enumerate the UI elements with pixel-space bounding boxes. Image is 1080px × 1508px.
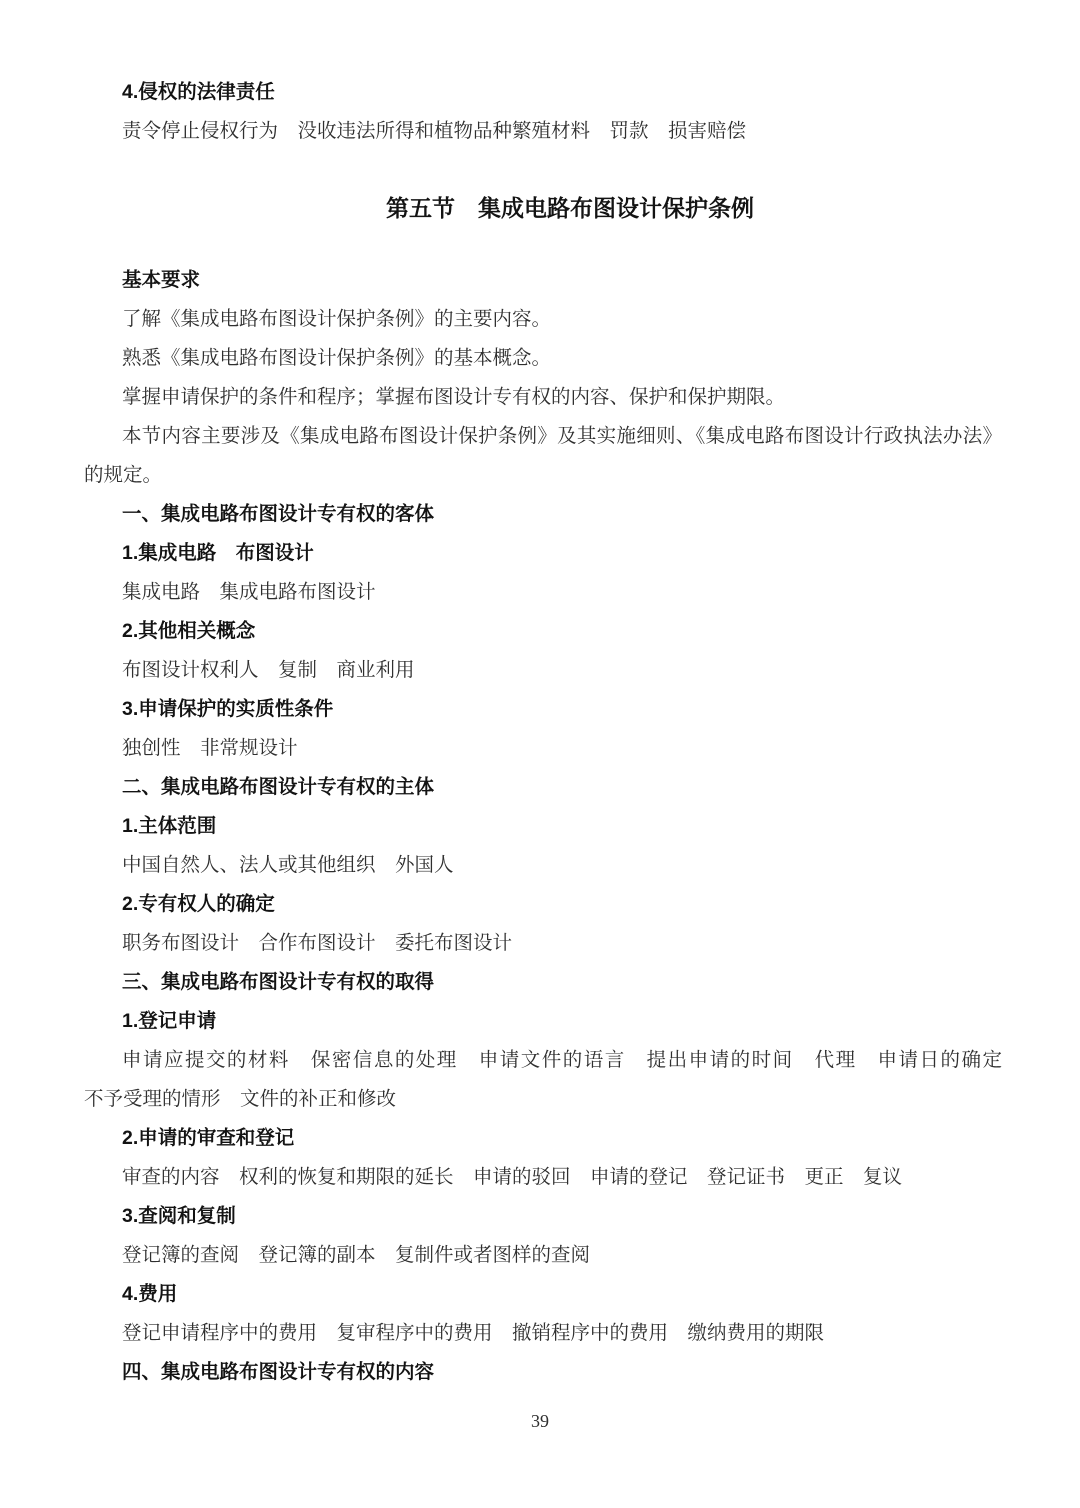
body-line: 集成电路 集成电路布图设计 [84,573,1002,612]
body-line: 责令停止侵权行为 没收违法所得和植物品种繁殖材料 罚款 损害赔偿 [84,112,1002,151]
numbered-heading: 3.查阅和复制 [84,1197,1002,1236]
body-line: 登记申请程序中的费用 复审程序中的费用 撤销程序中的费用 缴纳费用的期限 [84,1314,1002,1353]
numbered-heading: 4.费用 [84,1275,1002,1314]
body-line: 了解《集成电路布图设计保护条例》的主要内容。 [84,300,1002,339]
body-line: 掌握申请保护的条件和程序；掌握布图设计专有权的内容、保护和保护期限。 [84,378,1002,417]
body-line: 熟悉《集成电路布图设计保护条例》的基本概念。 [84,339,1002,378]
body-line: 登记簿的查阅 登记簿的副本 复制件或者图样的查阅 [84,1236,1002,1275]
numbered-heading: 2.申请的审查和登记 [84,1119,1002,1158]
numbered-heading: 2.专有权人的确定 [84,885,1002,924]
body-line: 职务布图设计 合作布图设计 委托布图设计 [84,924,1002,963]
section-heading: 基本要求 [84,261,1002,300]
numbered-heading: 4.侵权的法律责任 [84,73,1002,112]
numbered-heading: 1.集成电路 布图设计 [84,534,1002,573]
paragraph-line: 不予受理的情形 文件的补正和修改 [84,1080,1002,1119]
page-number: 39 [531,1411,549,1431]
numbered-heading: 1.登记申请 [84,1002,1002,1041]
document-page: 4.侵权的法律责任责令停止侵权行为 没收违法所得和植物品种繁殖材料 罚款 损害赔… [0,0,1080,1508]
body-line: 中国自然人、法人或其他组织 外国人 [84,846,1002,885]
page-footer: 39 [0,1402,1080,1441]
paragraph-line: 的规定。 [84,456,1002,495]
section-heading: 一、集成电路布图设计专有权的客体 [84,495,1002,534]
numbered-heading: 2.其他相关概念 [84,612,1002,651]
section-heading: 三、集成电路布图设计专有权的取得 [84,963,1002,1002]
body-line: 审查的内容 权利的恢复和期限的延长 申请的驳回 申请的登记 登记证书 更正 复议 [84,1158,1002,1197]
numbered-heading: 1.主体范围 [84,807,1002,846]
numbered-heading: 3.申请保护的实质性条件 [84,690,1002,729]
chapter-title: 第五节 集成电路布图设计保护条例 [84,185,1002,231]
body-line: 独创性 非常规设计 [84,729,1002,768]
paragraph: 本节内容主要涉及《集成电路布图设计保护条例》及其实施细则、《集成电路布图设计行政… [84,417,1002,495]
section-heading: 四、集成电路布图设计专有权的内容 [84,1353,1002,1392]
document-content: 4.侵权的法律责任责令停止侵权行为 没收违法所得和植物品种繁殖材料 罚款 损害赔… [84,73,1002,1392]
paragraph: 申请应提交的材料 保密信息的处理 申请文件的语言 提出申请的时间 代理 申请日的… [84,1041,1002,1119]
paragraph-line: 申请应提交的材料 保密信息的处理 申请文件的语言 提出申请的时间 代理 申请日的… [84,1041,1002,1080]
paragraph-line: 本节内容主要涉及《集成电路布图设计保护条例》及其实施细则、《集成电路布图设计行政… [84,417,1002,456]
body-line: 布图设计权利人 复制 商业利用 [84,651,1002,690]
section-heading: 二、集成电路布图设计专有权的主体 [84,768,1002,807]
